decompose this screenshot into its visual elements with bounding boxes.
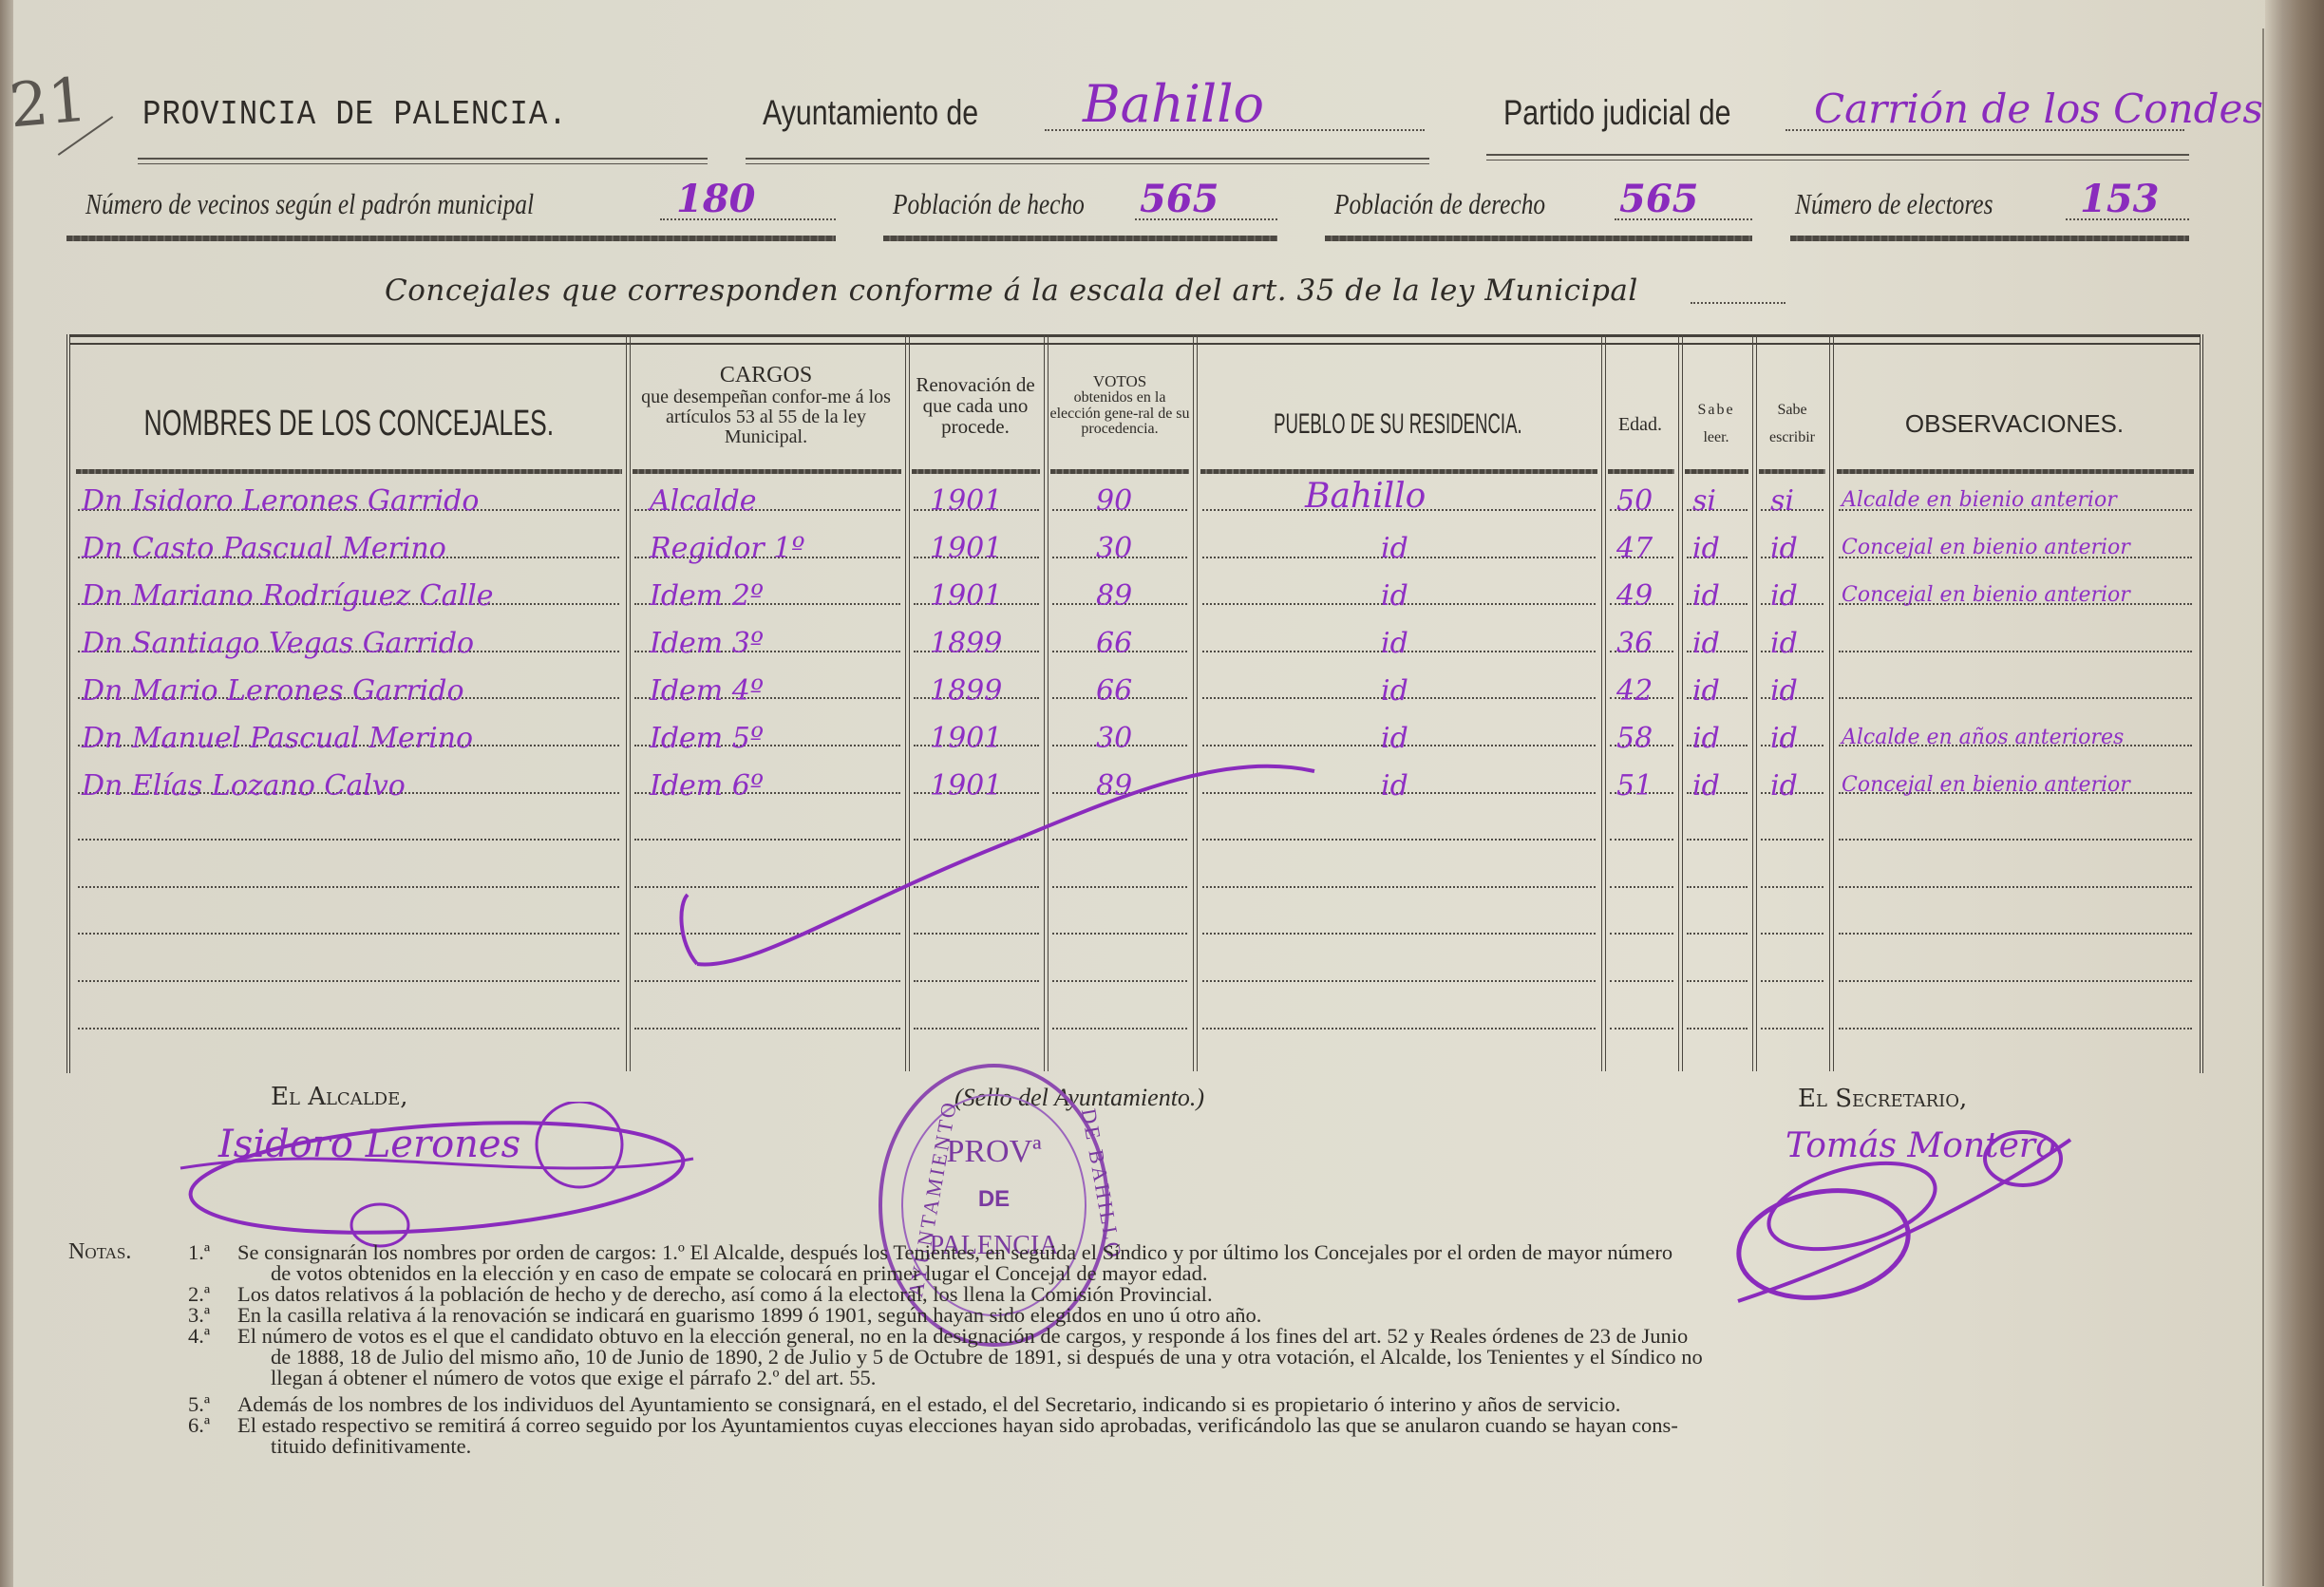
ayuntamiento-label: Ayuntamiento de (763, 93, 978, 133)
electores-label: Número de electores (1795, 187, 1993, 221)
page-number: 21 (7, 66, 90, 142)
vecinos-label: Número de vecinos según el padrón munici… (85, 187, 534, 221)
province-underline (138, 158, 708, 164)
note-text-cont: llegan á obtener el número de votos que … (271, 1368, 876, 1388)
notes-label: Notas. (68, 1242, 131, 1262)
vecinos-value: 180 (676, 177, 756, 221)
poblacion-derecho-value: 565 (1619, 177, 1699, 221)
note-number: 5.ª (188, 1394, 210, 1414)
seal-line2: DE (882, 1186, 1105, 1213)
partido-value: Carrión de los Condes (1814, 85, 2263, 132)
subtitle: Concejales que corresponden conforme á l… (385, 274, 1638, 308)
poblacion-hecho-value: 565 (1140, 177, 1219, 221)
ayuntamiento-value: Bahillo (1083, 74, 1264, 134)
secretario-rubric (1710, 1121, 2108, 1311)
province-title: PROVINCIA DE PALENCIA. (142, 95, 568, 134)
closing-flourish (70, 334, 2200, 1073)
note-text-cont: tituido definitivamente. (271, 1436, 471, 1456)
book-page-edges (2265, 0, 2324, 1587)
note-text: Además de los nombres de los individuos … (237, 1394, 1620, 1414)
note-text: Los datos relativos á la población de he… (237, 1284, 1213, 1304)
note-number: 2.ª (188, 1284, 210, 1304)
poblacion-hecho-label: Población de hecho (893, 187, 1085, 221)
poblacion-derecho-label: Población de derecho (1334, 187, 1545, 221)
note-number: 4.ª (188, 1326, 210, 1346)
seal-line1: PROVª (882, 1134, 1105, 1170)
note-text: En la casilla relativa á la renovación s… (237, 1305, 1261, 1325)
note-text-cont: de votos obtenidos en la elección y en c… (271, 1263, 1207, 1283)
note-number: 3.ª (188, 1305, 210, 1325)
poblacion-derecho-underline (1325, 236, 1752, 241)
partido-label: Partido judicial de (1503, 93, 1730, 133)
poblacion-hecho-underline (883, 236, 1277, 241)
note-text: El estado respectivo se remitirá á corre… (237, 1415, 1678, 1435)
electores-underline (1790, 236, 2189, 241)
page-edge-line (2262, 28, 2264, 1586)
electores-value: 153 (2080, 177, 2160, 221)
note-text-cont: de 1888, 18 de Julio del mismo año, 10 d… (271, 1347, 1703, 1367)
note-text: Se consignarán los nombres por orden de … (237, 1242, 2213, 1262)
note-number: 1.ª (188, 1242, 210, 1262)
book-binding (0, 0, 13, 1587)
note-text: El número de votos es el que el candidat… (237, 1326, 1688, 1346)
concejales-table: NOMBRES DE LOS CONCEJALES. CARGOS que de… (66, 334, 2203, 1073)
vecinos-underline (66, 236, 836, 241)
subtitle-field (1691, 302, 1786, 304)
ayuntamiento-underline (746, 158, 1429, 164)
secretario-label: El Secretario, (1798, 1085, 1967, 1113)
partido-underline (1486, 154, 2189, 161)
alcalde-rubric (161, 1102, 731, 1263)
note-number: 6.ª (188, 1415, 210, 1435)
